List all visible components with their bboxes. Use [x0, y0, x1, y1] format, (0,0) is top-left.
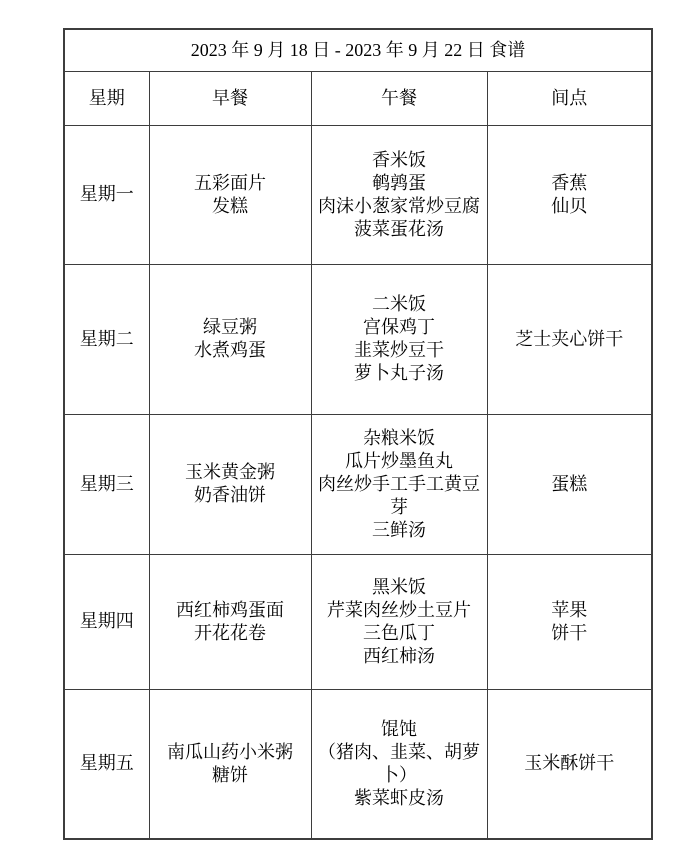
day-cell: 星期三	[64, 414, 149, 554]
breakfast-cell: 南瓜山药小米粥 糖饼	[149, 689, 311, 839]
weekly-menu-table: 2023 年 9 月 18 日 - 2023 年 9 月 22 日 食谱 星期 …	[63, 28, 653, 840]
header-day: 星期	[64, 71, 149, 125]
header-row: 星期 早餐 午餐 间点	[64, 71, 652, 125]
snack-cell: 香蕉 仙贝	[487, 125, 652, 264]
table-title: 2023 年 9 月 18 日 - 2023 年 9 月 22 日 食谱	[64, 29, 652, 71]
day-cell: 星期二	[64, 264, 149, 414]
snack-cell: 玉米酥饼干	[487, 689, 652, 839]
lunch-cell: 二米饭 宫保鸡丁 韭菜炒豆干 萝卜丸子汤	[311, 264, 487, 414]
table-row-thursday: 星期四 西红柿鸡蛋面 开花花卷 黑米饭 芹菜肉丝炒土豆片 三色瓜丁 西红柿汤 苹…	[64, 554, 652, 689]
header-breakfast: 早餐	[149, 71, 311, 125]
breakfast-cell: 玉米黄金粥 奶香油饼	[149, 414, 311, 554]
lunch-cell: 香米饭 鹌鹑蛋 肉沫小葱家常炒豆腐 菠菜蛋花汤	[311, 125, 487, 264]
header-snack: 间点	[487, 71, 652, 125]
title-row: 2023 年 9 月 18 日 - 2023 年 9 月 22 日 食谱	[64, 29, 652, 71]
header-lunch: 午餐	[311, 71, 487, 125]
snack-cell: 蛋糕	[487, 414, 652, 554]
lunch-cell: 杂粮米饭 瓜片炒墨鱼丸 肉丝炒手工手工黄豆芽 三鲜汤	[311, 414, 487, 554]
day-cell: 星期五	[64, 689, 149, 839]
breakfast-cell: 五彩面片 发糕	[149, 125, 311, 264]
breakfast-cell: 西红柿鸡蛋面 开花花卷	[149, 554, 311, 689]
snack-cell: 苹果 饼干	[487, 554, 652, 689]
lunch-cell: 黑米饭 芹菜肉丝炒土豆片 三色瓜丁 西红柿汤	[311, 554, 487, 689]
breakfast-cell: 绿豆粥 水煮鸡蛋	[149, 264, 311, 414]
day-cell: 星期一	[64, 125, 149, 264]
lunch-cell: 馄饨 （猪肉、韭菜、胡萝卜） 紫菜虾皮汤	[311, 689, 487, 839]
snack-cell: 芝士夹心饼干	[487, 264, 652, 414]
day-cell: 星期四	[64, 554, 149, 689]
table-row-wednesday: 星期三 玉米黄金粥 奶香油饼 杂粮米饭 瓜片炒墨鱼丸 肉丝炒手工手工黄豆芽 三鲜…	[64, 414, 652, 554]
table-row-friday: 星期五 南瓜山药小米粥 糖饼 馄饨 （猪肉、韭菜、胡萝卜） 紫菜虾皮汤 玉米酥饼…	[64, 689, 652, 839]
table-row-tuesday: 星期二 绿豆粥 水煮鸡蛋 二米饭 宫保鸡丁 韭菜炒豆干 萝卜丸子汤 芝士夹心饼干	[64, 264, 652, 414]
table-row-monday: 星期一 五彩面片 发糕 香米饭 鹌鹑蛋 肉沫小葱家常炒豆腐 菠菜蛋花汤 香蕉 仙…	[64, 125, 652, 264]
